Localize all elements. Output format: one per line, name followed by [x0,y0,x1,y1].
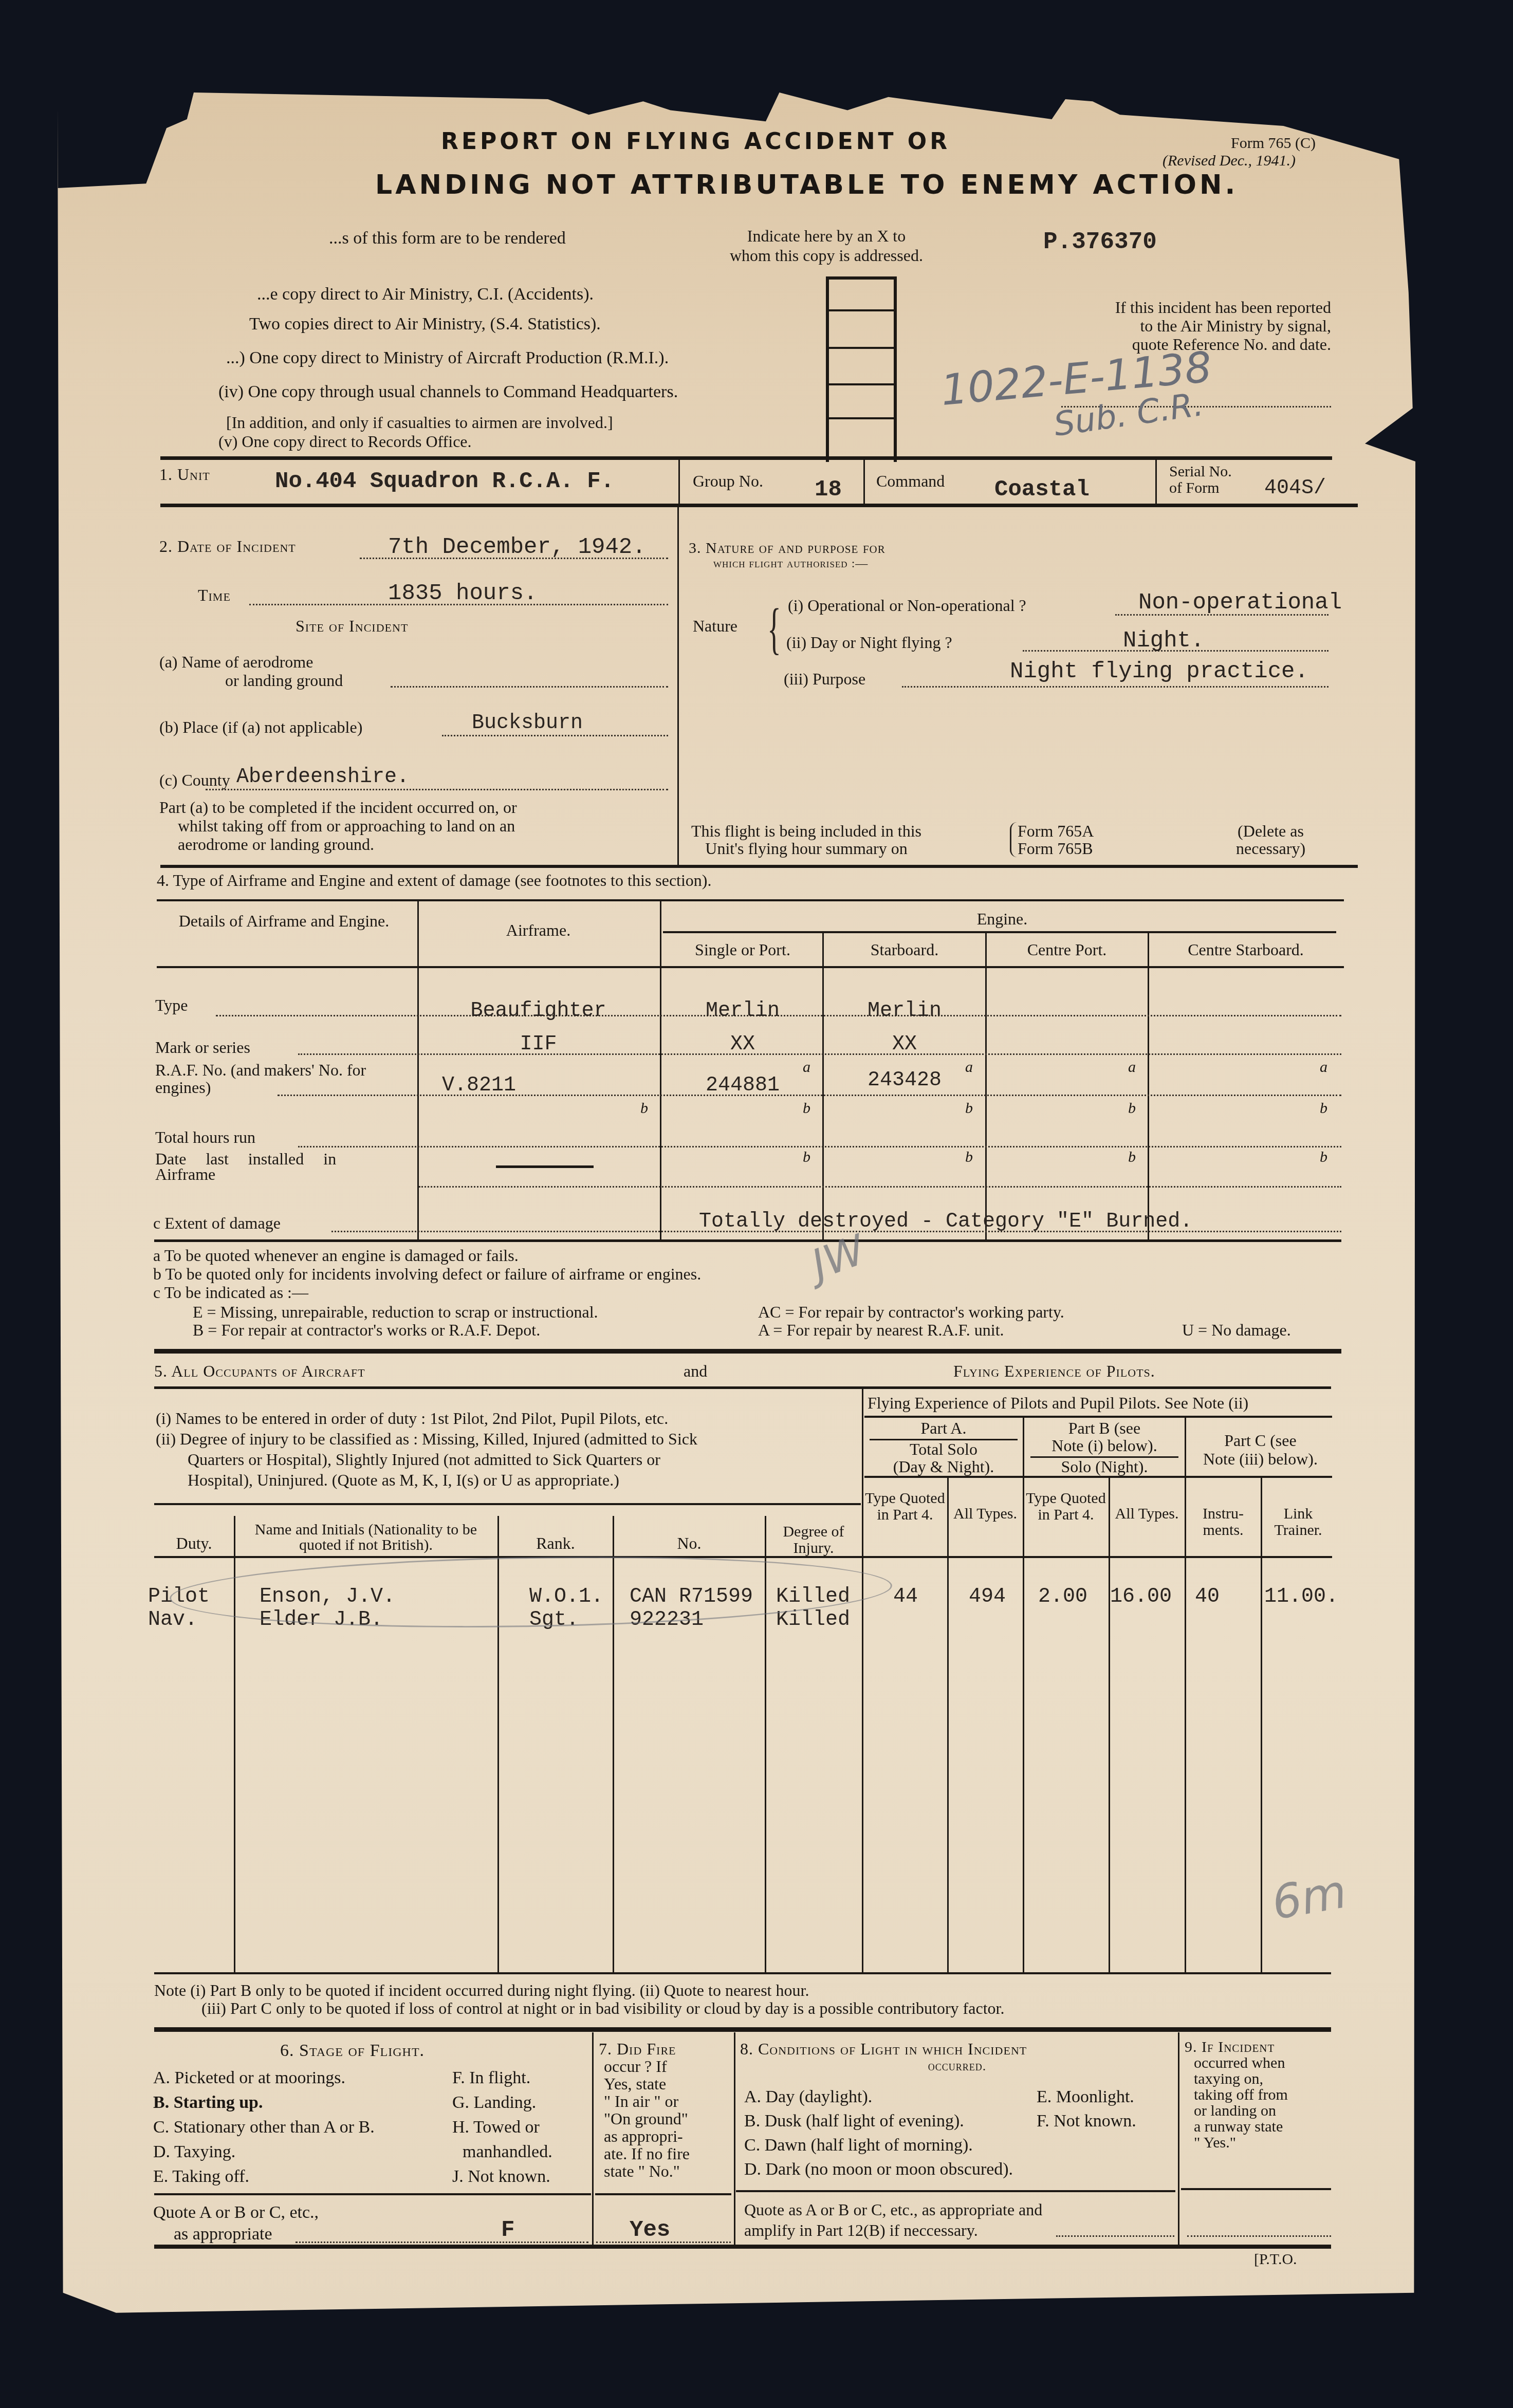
footnote: c To be indicated as :— [153,1283,701,1302]
summary-note: This flight is being included in this Un… [691,822,921,857]
form-765a-option[interactable]: Form 765A [1018,822,1094,840]
footnote-b-marker: b [803,1100,810,1117]
aerodrome-value[interactable] [391,686,668,688]
rule [160,865,1358,868]
light-quote-note: Quote as A or B or C, etc., as appropria… [744,2199,1042,2240]
brace-icon: { [767,596,781,661]
site-label: Site of Incident [296,617,408,636]
footnote-b-marker: b [1320,1149,1327,1166]
stage-option: manhandled. [452,2140,552,2164]
distribution-item: (v) One copy direct to Records Office. [206,433,678,450]
divider [677,506,679,866]
rule [154,1239,1341,1242]
serial-label-line: of Form [1169,480,1232,496]
section4-footnotes: a To be quoted whenever an engine is dam… [153,1246,701,1302]
cell-a-all: 494 [969,1585,1006,1608]
header-airframe: Airframe. [419,921,658,940]
quote-line: amplify in Part 12(B) if neccessary. [744,2220,1042,2240]
part-a-subtitle: Total Solo [870,1439,1018,1458]
engine-port-mark[interactable]: XX [663,1033,822,1056]
light-options-left: A. Day (daylight). B. Dusk (half light o… [744,2085,1013,2181]
rule [154,1503,861,1505]
experience-header: Flying Experience of Pilots and Pupil Pi… [868,1394,1248,1413]
section5-title-left: 5. All Occupants of Aircraft [154,1362,365,1381]
aerodrome-label-line: (a) Name of aerodrome [159,653,343,671]
purpose-label: (iii) Purpose [784,670,865,689]
rule [663,931,1336,933]
divider [1155,460,1157,505]
rule [157,966,1344,968]
divider [678,460,680,505]
operational-label: (i) Operational or Non-operational ? [788,596,1026,615]
stage-quote-note: Quote A or B or C, etc., as appropriate [153,2202,319,2245]
group-value[interactable]: 18 [815,477,842,503]
place-label: (b) Place (if (a) not applicable) [159,718,362,737]
runway-question-line: " Yes." [1185,2135,1329,2151]
part-a-note-line: Part (a) to be completed if the incident… [159,798,517,817]
part-a-note-line: whilst taking off from or approaching to… [159,817,517,835]
runway-question: 9. If Incident occurred when taxying on,… [1185,2039,1329,2151]
col-a-type: Type Quoted in Part 4. [863,1490,947,1523]
footnote-a-marker: a [965,1059,973,1076]
light-option: C. Dawn (half light of morning). [744,2133,1013,2157]
runway-value[interactable] [1187,2235,1331,2237]
fire-question-line: ate. If no fire [599,2145,728,2162]
stage-option: E. Taking off. [153,2164,375,2189]
stage-value[interactable]: F [501,2217,514,2243]
delete-note-line: necessary) [1236,840,1305,857]
light-value[interactable] [1056,2235,1174,2237]
instruction-line: Hospital), Uninjured. (Quote as M, K, I,… [156,1470,697,1490]
header-engine-port: Single or Port. [663,940,822,959]
fire-value[interactable]: Yes [630,2217,670,2243]
command-value[interactable]: Coastal [994,477,1090,503]
fire-question-line: " In air " or [599,2092,728,2110]
cell-c-link: 11.00. [1264,1585,1338,1608]
instruction-line: (ii) Degree of injury to be classified a… [156,1429,697,1449]
signal-note-line: If this incident has been reported [1048,298,1331,317]
footnote: b To be quoted only for incidents involv… [153,1265,701,1283]
dotted-line [442,735,668,736]
command-label: Command [876,472,945,491]
form-title-line2: LANDING NOT ATTRIBUTABLE TO ENEMY ACTION… [375,170,1238,200]
fire-question-line: 7. Did Fire [599,2040,728,2058]
date-value[interactable]: 7th December, 1942. [388,534,646,560]
light-option: F. Not known. [1037,2109,1136,2133]
indicate-x-line1: Indicate here by an X to [730,226,923,246]
divider [734,2032,735,2248]
stage-options-left: A. Picketed or at moorings. B. Starting … [153,2066,375,2189]
rule [154,1972,1331,1974]
runway-question-line: occurred when [1185,2055,1329,2071]
engine-port-type[interactable]: Merlin [663,999,822,1023]
row-label-type: Type [155,996,188,1015]
runway-question-line: taking off from [1185,2087,1329,2103]
cell-b-type: 2.00 [1038,1585,1087,1608]
engine-starboard-type[interactable]: Merlin [825,999,984,1023]
divider [862,1389,863,1972]
part-a-note: Part (a) to be completed if the incident… [159,798,517,854]
light-title-line: 8. Conditions of Light in which Incident [740,2040,1174,2058]
dotted-line [298,1146,1341,1147]
serial-value[interactable]: 404S/ [1264,477,1326,500]
dotted-line [902,686,1329,688]
part-c-header: Part C (see Note (iii) below). [1187,1431,1334,1468]
copies-intro: ...s of this form are to be rendered [329,229,566,248]
stage-option: C. Stationary other than A or B. [153,2115,375,2140]
col-a-all: All Types. [949,1506,1022,1522]
divider [1148,933,1149,1241]
divider [660,901,661,1240]
part-b-note: Note (i) below). [1025,1437,1184,1454]
footnote-b-marker: b [1128,1100,1136,1117]
divider [863,460,865,505]
serial-label-line: Serial No. [1169,464,1232,480]
part-c-note: Note (iii) below). [1187,1450,1334,1468]
distribution-item: ...e copy direct to Air Ministry, C.I. (… [206,277,678,311]
quote-line: Quote as A or B or C, etc., as appropria… [744,2199,1042,2220]
damage-label: c Extent of damage [153,1214,281,1233]
col-duty: Duty. [154,1534,234,1553]
time-label: Time [198,586,231,605]
divider [592,2032,594,2248]
dotted-line [419,1186,1341,1188]
group-label: Group No. [693,472,763,491]
distribution-item: Two copies direct to Air Ministry, (S.4.… [206,307,678,341]
dotted-line [206,789,668,790]
col-number: No. [614,1534,764,1553]
header-engine-centre-starboard: Centre Starboard. [1150,940,1341,959]
cell-a-type: 44 [893,1585,918,1608]
footnote-b-marker: b [803,1149,810,1166]
category-a: A = For repair by nearest R.A.F. unit. [758,1321,1004,1340]
divider [1261,1478,1262,1972]
col-c-link-trainer: Link Trainer. [1262,1506,1334,1539]
airframe-date-installed[interactable] [496,1165,594,1168]
row-label-date-installed: Date last installed in Airframe [155,1151,407,1182]
engine-port-raf-no[interactable]: 244881 [663,1074,822,1097]
airframe-mark[interactable]: IIF [419,1033,658,1056]
part-c-title: Part C (see [1187,1431,1334,1450]
airframe-type[interactable]: Beaufighter [419,999,658,1023]
date-label: 2. Date of Incident [159,537,296,556]
distribution-item: ...) One copy direct to Ministry of Airc… [206,341,678,375]
rule [864,1416,1332,1418]
stage-options-right: F. In flight. G. Landing. H. Towed or ma… [452,2066,552,2189]
section5-title-right: Flying Experience of Pilots. [953,1362,1155,1381]
day-night-value[interactable]: Night. [1123,628,1204,654]
part-a-note-line: aerodrome or landing ground. [159,835,517,854]
light-option: D. Dark (no moon or moon obscured). [744,2157,1013,2181]
col-rank: Rank. [499,1534,612,1553]
rule [736,2190,1175,2192]
rule [160,504,1358,507]
rule [157,899,1344,901]
county-label: (c) County [159,771,230,790]
header-engine-starboard: Starboard. [825,940,984,959]
light-title-line: occurred. [740,2058,1174,2075]
fire-question-line: state " No." [599,2162,728,2180]
runway-question-line: taxying on, [1185,2071,1329,2087]
part-b-title: Part B (see [1025,1419,1184,1437]
engine-starboard-raf-no[interactable]: 243428 [825,1069,984,1092]
nature-title-line: which flight authorised :— [689,556,885,571]
footnote-b-marker: b [640,1100,648,1117]
delete-note: (Delete as necessary) [1236,822,1305,857]
col-name: Name and Initials (Nationality to be quo… [235,1522,496,1553]
footnote-b-marker: b [965,1149,973,1166]
note-line2: (iii) Part C only to be quoted if loss o… [201,1999,1004,2018]
summary-note-line: This flight is being included in this [691,822,921,840]
section5-title-and: and [684,1362,707,1381]
summary-forms[interactable]: Form 765A Form 765B [1010,822,1094,857]
rule [154,1349,1341,1354]
dotted-line [296,2242,588,2243]
engine-starboard-mark[interactable]: XX [825,1033,984,1056]
rule [154,2193,591,2195]
stage-option: B. Starting up. [153,2090,375,2115]
footnote-b-marker: b [965,1100,973,1117]
row-label-raf-no: R.A.F. No. (and makers' No. for engines) [155,1061,407,1096]
divider [417,901,419,1240]
stage-option: D. Taxying. [153,2140,375,2164]
rule [154,1386,1331,1389]
header-details: Details of Airframe and Engine. [154,912,414,930]
runway-question-line: 9. If Incident [1185,2039,1329,2055]
row-label-mark: Mark or series [155,1038,250,1057]
divider [985,933,987,1241]
category-e: E = Missing, unrepairable, reduction to … [193,1303,598,1322]
serial-label: Serial No. of Form [1169,464,1232,496]
time-value[interactable]: 1835 hours. [388,581,537,606]
divider [947,1478,949,1972]
footnote: a To be quoted whenever an engine is dam… [153,1246,701,1265]
col-b-all: All Types. [1110,1506,1184,1522]
instruction-line: Quarters or Hospital), Slightly Injured … [156,1449,697,1470]
cell-b-all: 16.00 [1110,1585,1172,1608]
fire-question-line: "On ground" [599,2110,728,2127]
indicate-x-line2: whom this copy is addressed. [730,246,923,265]
cell-duty: Nav. [148,1608,197,1632]
rule [160,456,1332,460]
form-number: Form 765 (C) [1231,135,1316,152]
rule [154,2245,1331,2249]
part-a-title: Part A. [864,1419,1023,1437]
rule [154,2027,1331,2032]
copy-addressee-box[interactable] [826,276,897,462]
cell-c-instruments: 40 [1195,1585,1220,1608]
category-b: B = For repair at contractor's works or … [193,1321,540,1340]
header-engine: Engine. [663,910,1341,929]
footnote-b-marker: b [1320,1100,1327,1117]
quote-line: Quote A or B or C, etc., [153,2202,319,2224]
stage-title: 6. Stage of Flight. [280,2041,425,2061]
indicate-x-note: Indicate here by an X to whom this copy … [730,226,923,265]
instruction-line: (i) Names to be entered in order of duty… [156,1408,697,1429]
unit-value[interactable]: No.404 Squadron R.C.A. F. [275,469,614,494]
county-value[interactable]: Aberdeenshire. [236,766,409,789]
delete-note-line: (Delete as [1236,822,1305,840]
stage-option: A. Picketed or at moorings. [153,2066,375,2090]
row-label-total-hours: Total hours run [155,1128,255,1147]
nature-label: Nature [693,617,737,636]
footnote-a-marker: a [803,1059,810,1076]
category-ac: AC = For repair by contractor's working … [758,1303,1064,1322]
fire-question-line: as appropri- [599,2127,728,2145]
aerodrome-label: (a) Name of aerodrome or landing ground [159,653,343,690]
file-reference: P.376370 [1043,229,1157,255]
category-u: U = No damage. [1182,1321,1291,1340]
form-revised-date: (Revised Dec., 1941.) [1163,152,1296,170]
section4-title: 4. Type of Airframe and Engine and exten… [157,871,712,890]
quote-line: as appropriate [153,2224,319,2245]
light-options-right: E. Moonlight. F. Not known. [1037,2085,1136,2133]
aerodrome-label-line: or landing ground [159,671,343,690]
fire-question-line: occur ? If [599,2058,728,2075]
stage-option: J. Not known. [452,2164,552,2189]
nature-title: 3. Nature of and purpose for which fligh… [689,541,885,571]
light-option: B. Dusk (half light of evening). [744,2109,1013,2133]
signal-note-line: to the Air Ministry by signal, [1048,317,1331,335]
col-injury: Degree of Injury. [766,1524,861,1557]
stage-option: G. Landing. [452,2090,552,2115]
runway-question-line: a runway state [1185,2119,1329,2135]
summary-note-line: Unit's flying hour summary on [691,840,921,857]
day-night-label: (ii) Day or Night flying ? [786,633,952,652]
rule [1181,2188,1331,2190]
damage-value[interactable]: Totally destroyed - Category "E" Burned. [699,1210,1192,1233]
form-765b-option[interactable]: Form 765B [1018,840,1094,857]
nature-title-line: 3. Nature of and purpose for [689,541,885,556]
divider [822,933,824,1241]
pto-label: [P.T.O. [1254,2251,1297,2268]
fire-question: 7. Did Fire occur ? If Yes, state " In a… [599,2040,728,2180]
light-option: E. Moonlight. [1037,2085,1136,2109]
part-a-subtitle: (Day & Night). [864,1458,1023,1475]
distribution-list: ...e copy direct to Air Ministry, C.I. (… [206,277,678,450]
form-title-line1: REPORT ON FLYING ACCIDENT OR [441,128,950,155]
footnote-b-marker: b [1128,1149,1136,1166]
divider [1178,2032,1179,2248]
rule [595,2193,731,2195]
purpose-value[interactable]: Night flying practice. [1010,659,1308,684]
light-title: 8. Conditions of Light in which Incident… [740,2040,1174,2075]
distribution-note: [In addition, and only if casualties to … [206,412,678,433]
fire-question-line: Yes, state [599,2075,728,2092]
part-b-header: Part B (see Note (i) below). Solo (Night… [1025,1419,1184,1475]
divider [1109,1478,1110,1972]
col-c-instruments: Instru-ments. [1186,1506,1260,1539]
runway-question-line: or landing on [1185,2103,1329,2119]
part-b-subtitle: Solo (Night). [1030,1456,1178,1475]
distribution-item: (iv) One copy through usual channels to … [206,375,678,409]
footnote-a-marker: a [1128,1059,1136,1076]
stage-option: F. In flight. [452,2066,552,2090]
airframe-raf-no[interactable]: V.8211 [442,1074,516,1097]
place-value[interactable]: Bucksburn [472,712,583,735]
col-b-type: Type Quoted in Part 4. [1024,1490,1108,1523]
rule [154,1556,1332,1558]
operational-value[interactable]: Non-operational [1138,590,1342,616]
light-option: A. Day (daylight). [744,2085,1013,2109]
unit-label: 1. Unit [159,465,210,484]
header-engine-centre-port: Centre Port. [987,940,1147,959]
part-a-header: Part A. Total Solo (Day & Night). [864,1419,1023,1475]
note-line1: Note (i) Part B only to be quoted if inc… [154,1981,809,2000]
occupant-instructions: (i) Names to be entered in order of duty… [156,1408,697,1490]
footnote-a-marker: a [1320,1059,1327,1076]
divider [1185,1418,1186,1973]
stage-option: H. Towed or [452,2115,552,2140]
